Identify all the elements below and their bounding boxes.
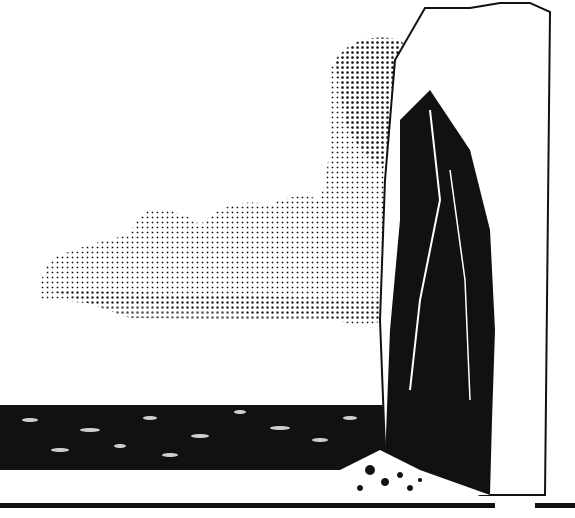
sea-stack <box>380 3 550 495</box>
ground-line <box>0 503 575 508</box>
illustration <box>0 0 575 518</box>
sea-water <box>0 405 400 470</box>
